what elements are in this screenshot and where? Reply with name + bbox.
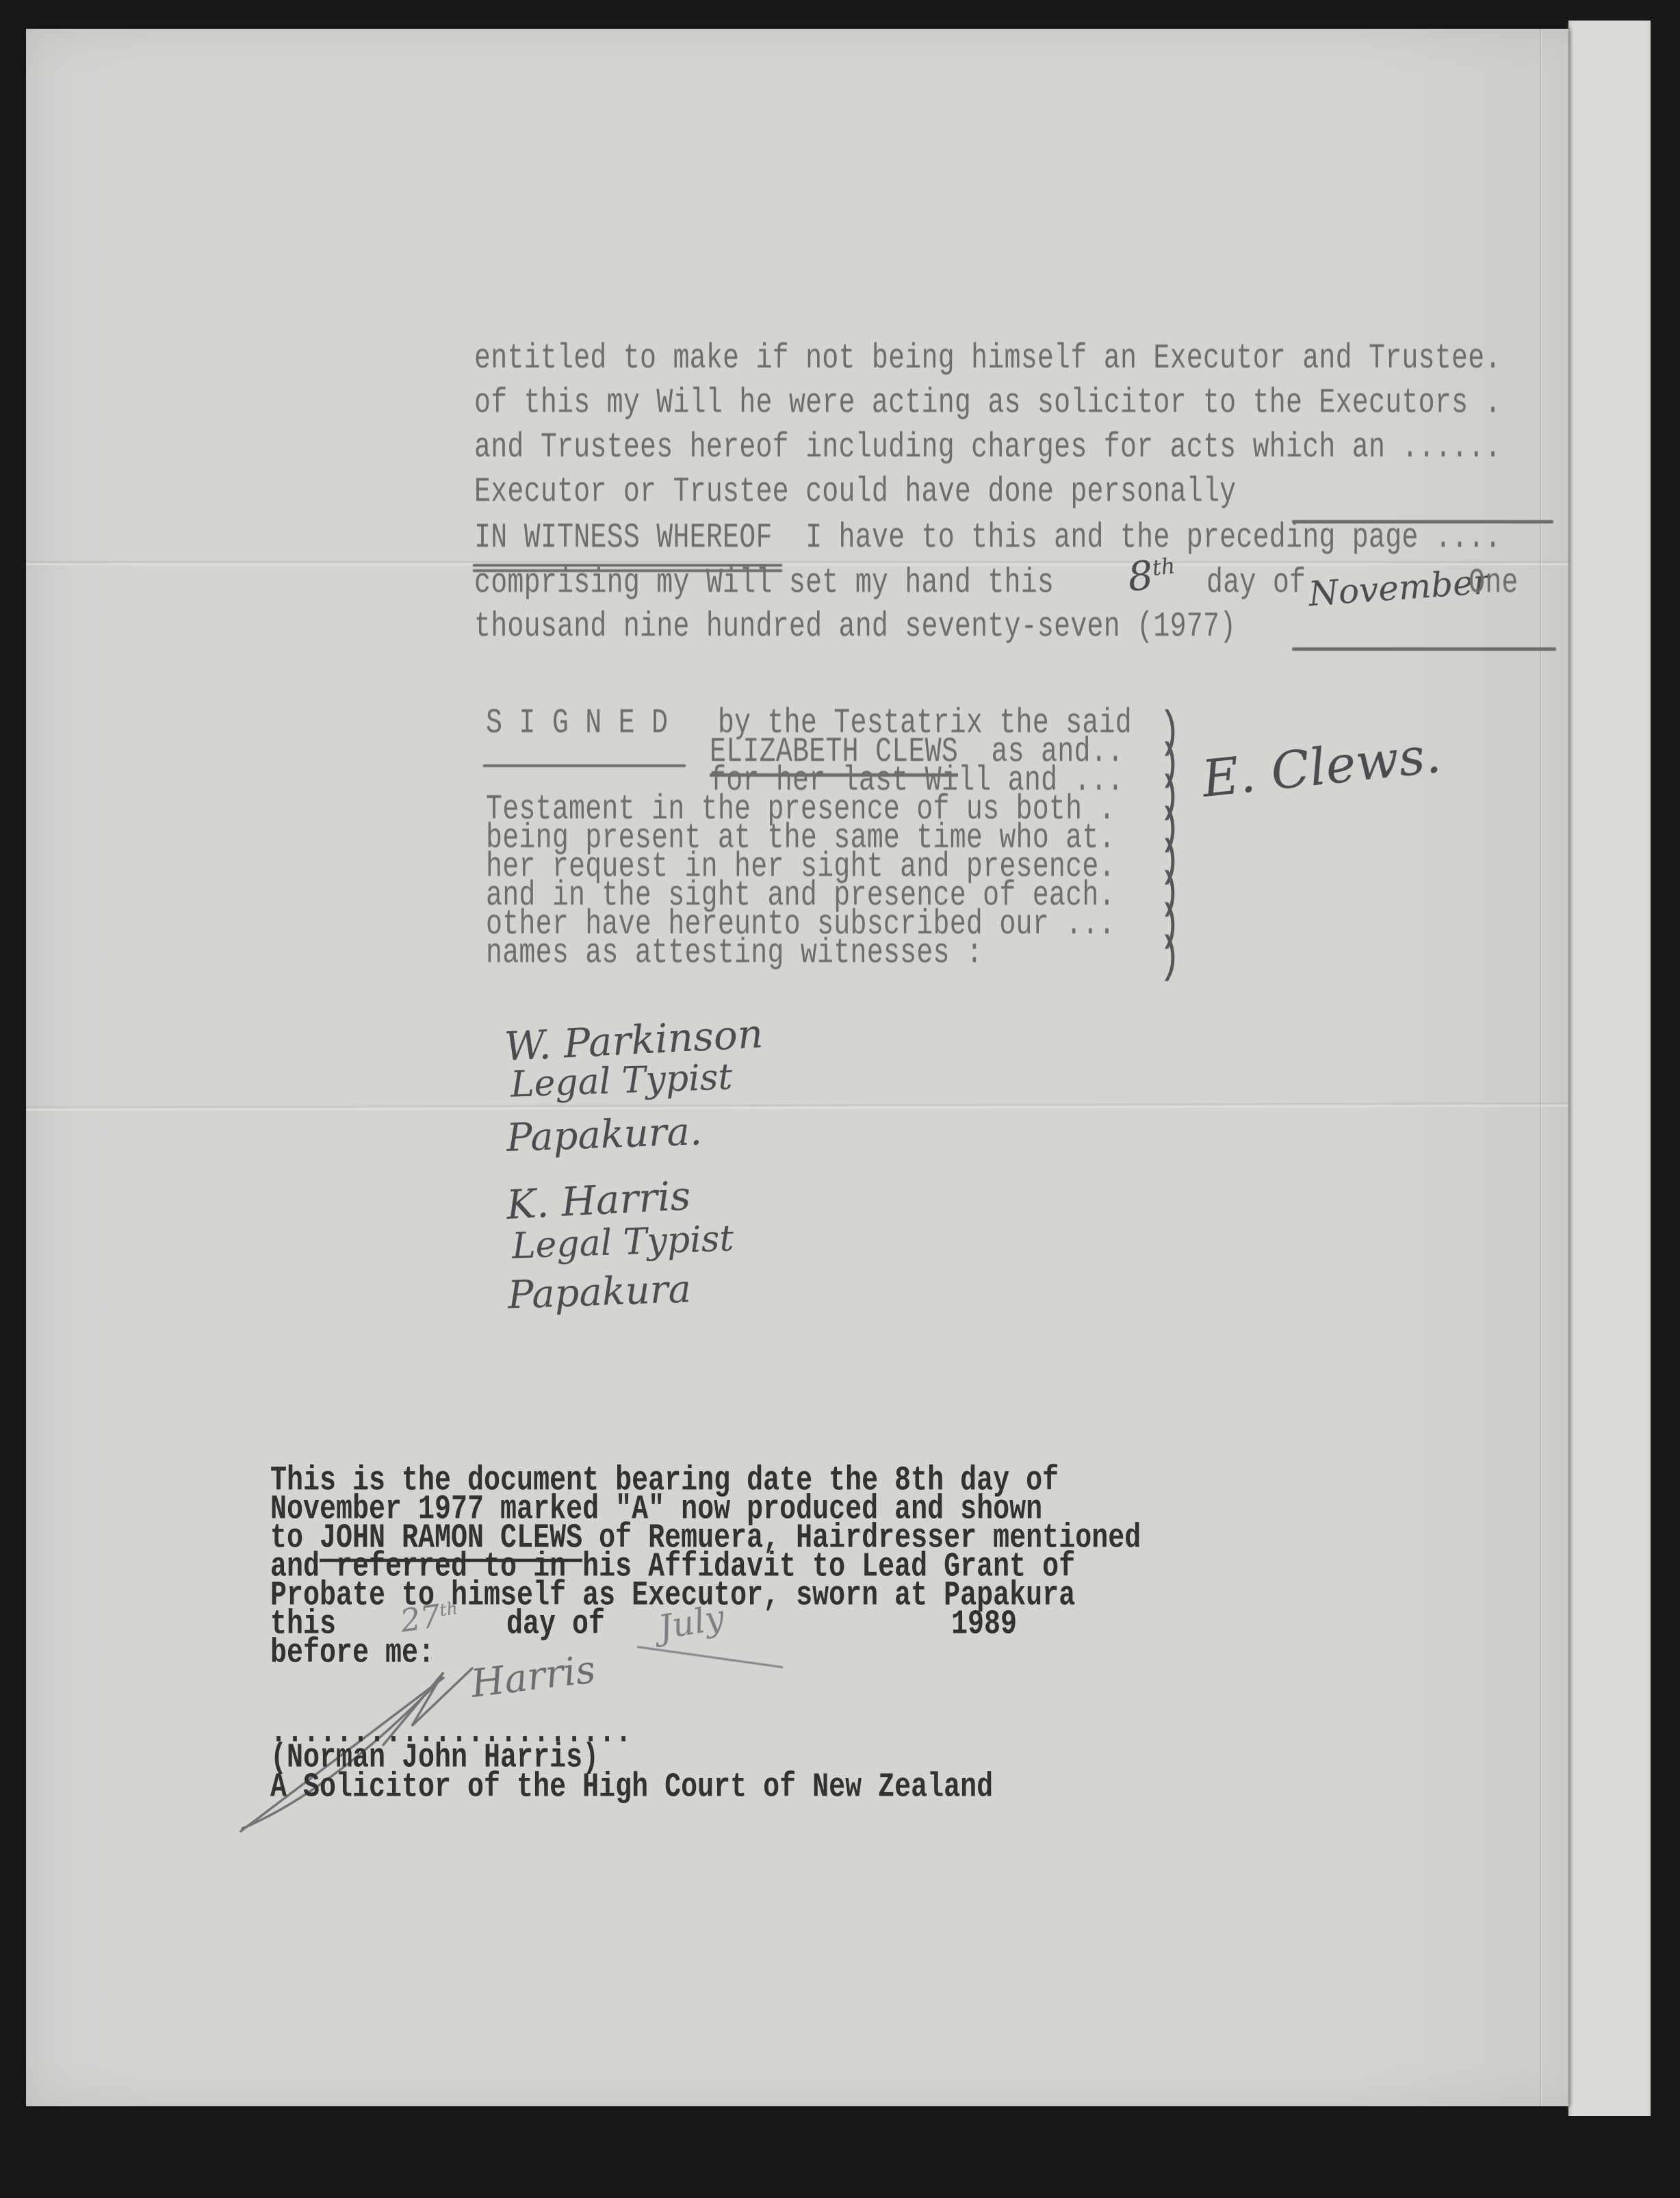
brace-glyph: ) [1159, 930, 1180, 986]
witness-signature-name: K. Harris [505, 1172, 691, 1228]
sworn-date-typed-2: day of [506, 1608, 605, 1642]
attestation-line: names as attesting witnesses : [486, 937, 983, 972]
blank-rule-after-year [1292, 647, 1556, 651]
sworn-day-number: 27 [398, 1597, 443, 1640]
sworn-date-year: 1989 [951, 1608, 1017, 1642]
witness-whereof-heading: IN WITNESS WHEREOF [474, 519, 773, 558]
witness-whereof-line: IN WITNESS WHEREOF I have to this and th… [474, 521, 1501, 556]
under-sheet-edge [1568, 21, 1651, 2116]
fold-crease-vertical [1540, 29, 1542, 2106]
will-clause-line: Executor or Trustee could have done pers… [474, 476, 1236, 510]
handwritten-day: 8th [1126, 549, 1178, 601]
will-clause-line: and Trustees hereof including charges fo… [474, 431, 1501, 466]
testimonium-typed-2: day of [1206, 567, 1306, 602]
testimonium-typed-3: One [1469, 567, 1519, 602]
witness-place: Papakura. [506, 1109, 703, 1161]
signatory-title: A Solicitor of the High Court of New Zea… [270, 1771, 993, 1805]
will-clause-line: entitled to make if not being himself an… [474, 342, 1501, 377]
handwritten-day-suffix: th [1151, 552, 1176, 580]
witness-place: Papakura [507, 1267, 692, 1317]
signed-underline [483, 764, 686, 767]
sworn-day-suffix: th [438, 1598, 458, 1620]
will-clause-line: of this my Will he were acting as solici… [474, 387, 1501, 422]
year-line: thousand nine hundred and seventy-seven … [474, 610, 1236, 645]
scanned-will-page: entitled to make if not being himself an… [0, 0, 1680, 2198]
witness-occupation: Legal Typist [511, 1218, 734, 1267]
witness-occupation: Legal Typist [510, 1057, 733, 1105]
testimonium-typed-1: comprising my Will set my hand this [474, 567, 1054, 602]
